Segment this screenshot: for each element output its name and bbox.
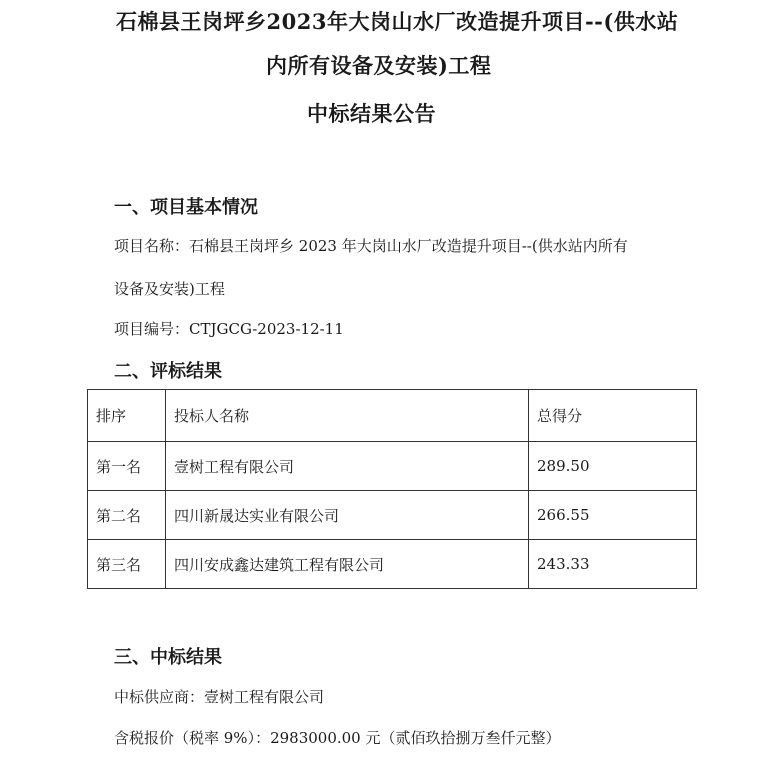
bidder-cell: 四川安成鑫达建筑工程有限公司 bbox=[166, 540, 529, 589]
table-row: 第三名 四川安成鑫达建筑工程有限公司 243.33 bbox=[88, 540, 697, 589]
bidder-cell: 四川新晟达实业有限公司 bbox=[166, 491, 529, 540]
rank-cell: 第三名 bbox=[88, 540, 166, 589]
winning-supplier: 中标供应商：壹树工程有限公司 bbox=[114, 686, 324, 707]
table-header-row: 排序 投标人名称 总得分 bbox=[88, 390, 697, 442]
section1-heading: 一、项目基本情况 bbox=[114, 193, 258, 219]
section3-heading: 三、中标结果 bbox=[114, 643, 222, 669]
bidder-cell: 壹树工程有限公司 bbox=[166, 442, 529, 491]
table-row: 第二名 四川新晟达实业有限公司 266.55 bbox=[88, 491, 697, 540]
score-cell: 266.55 bbox=[529, 491, 697, 540]
document-subtitle: 中标结果公告 bbox=[307, 98, 436, 128]
project-name-line2: 设备及安装)工程 bbox=[114, 278, 225, 299]
bid-price: 含税报价（税率 9%）：2983000.00 元（贰佰玖拾捌万叁仟元整） bbox=[114, 727, 561, 748]
section2-heading: 二、评标结果 bbox=[114, 357, 222, 383]
evaluation-results-table: 排序 投标人名称 总得分 第一名 壹树工程有限公司 289.50 第二名 四川新… bbox=[87, 389, 697, 589]
table-row: 第一名 壹树工程有限公司 289.50 bbox=[88, 442, 697, 491]
header-score: 总得分 bbox=[529, 390, 697, 442]
header-bidder: 投标人名称 bbox=[166, 390, 529, 442]
document-title-line2: 内所有设备及安装)工程 bbox=[266, 50, 491, 80]
rank-cell: 第一名 bbox=[88, 442, 166, 491]
rank-cell: 第二名 bbox=[88, 491, 166, 540]
score-cell: 289.50 bbox=[529, 442, 697, 491]
project-number: 项目编号：CTJGCG-2023-12-11 bbox=[114, 318, 344, 339]
header-rank: 排序 bbox=[88, 390, 166, 442]
score-cell: 243.33 bbox=[529, 540, 697, 589]
project-name-line1: 项目名称：石棉县王岗坪乡 2023 年大岗山水厂改造提升项目--(供水站内所有 bbox=[114, 235, 628, 256]
document-title-line1: 石棉县王岗坪乡2023年大岗山水厂改造提升项目--(供水站 bbox=[116, 6, 678, 36]
